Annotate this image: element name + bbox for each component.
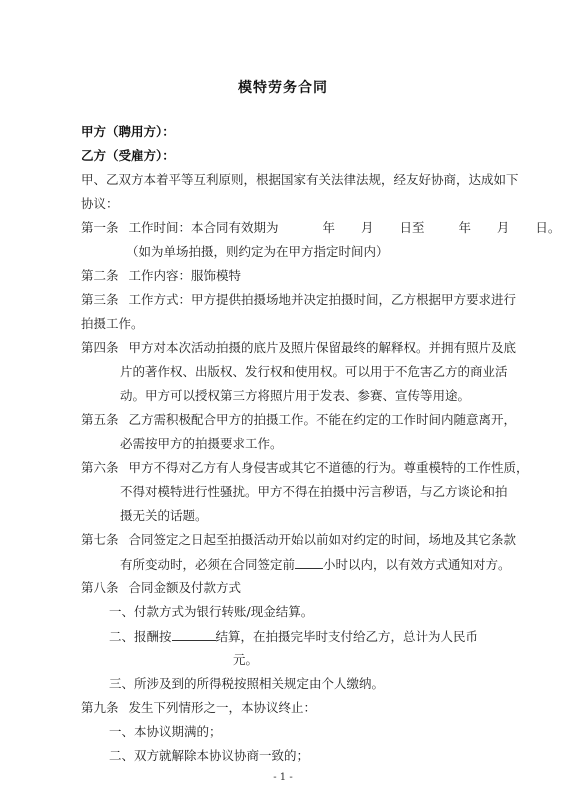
article-7: 第七条 合同签定之日起至拍摄活动开始以前如对约定的时间，场地及其它条款 [81, 532, 516, 548]
article-3-line-1: 工作方式：甲方提供拍摄场地并决定拍摄时间，乙方根据甲方要求进行 [129, 292, 517, 307]
article-4: 第四条 甲方对本次活动拍摄的底片及照片保留最终的解释权。并拥有照片及底 [81, 340, 516, 356]
article-9-item-1: 一、本协议期满的； [109, 724, 222, 740]
article-8-item-1: 一、付款方式为银行转账/现金结算。 [109, 604, 313, 620]
document-title: 模特劳务合同 [0, 77, 566, 97]
article-7-line-2-pre: 有所变动时，必须在合同签定前 [120, 557, 295, 572]
article-5-label: 第五条 [81, 412, 119, 427]
article-7-label: 第七条 [81, 532, 119, 547]
party-a-label: 甲方（聘用方）： [81, 124, 175, 140]
article-6-line-2: 不得对模特进行性骚扰。甲方不得在拍摄中污言秽语，与乙方谈论和拍 [120, 484, 508, 500]
preamble-line-2: 协议： [81, 196, 119, 212]
article-5-line-1: 乙方需积极配合甲方的拍摄工作。不能在约定的工作时间内随意离开， [129, 412, 517, 427]
article-6-line-3: 摄无关的话题。 [120, 508, 208, 524]
end-month: 月 [497, 220, 510, 235]
article-2: 第二条 工作内容：服饰模特 [81, 268, 241, 284]
article-9-item-2: 二、双方就解除本协议协商一致的； [109, 748, 309, 764]
article-8-item-2-pre: 二、报酬按 [109, 629, 172, 644]
article-4-line-3: 动。甲方可以授权第三方将照片用于发表、参赛、宣传等用途。 [120, 388, 470, 404]
article-3-line-2: 拍摄工作。 [81, 316, 144, 332]
preamble-line-1: 甲、乙双方本着平等互利原则，根据国家有关法律法规，经友好协商，达成如下 [81, 172, 519, 188]
article-6: 第六条 甲方不得对乙方有人身侵害或其它不道德的行为。尊重模特的工作性质， [81, 460, 529, 476]
article-2-label: 第二条 [81, 268, 119, 283]
article-3-label: 第三条 [81, 292, 119, 307]
start-year: 年 [322, 220, 335, 235]
article-3: 第三条 工作方式：甲方提供拍摄场地并决定拍摄时间，乙方根据甲方要求进行 [81, 292, 516, 308]
start-day: 日至 [399, 220, 424, 235]
end-year: 年 [458, 220, 471, 235]
article-4-line-2: 片的著作权、出版权、发行权和使用权。可以用于不危害乙方的商业活 [120, 364, 508, 380]
article-8-item-3: 三、所涉及到的所得税按照相关规定由个人缴纳。 [109, 676, 384, 692]
article-7-line-2: 有所变动时，必须在合同签定前小时以内，以有效方式通知对方。 [120, 556, 511, 573]
article-4-line-1: 甲方对本次活动拍摄的底片及照片保留最终的解释权。并拥有照片及底 [129, 340, 517, 355]
article-1-note: （如为单场拍摄，则约定为在甲方指定时间内） [126, 244, 389, 260]
document-page: 模特劳务合同 甲方（聘用方）： 乙方（受雇方）： 甲、乙双方本着平等互利原则，根… [0, 0, 566, 800]
article-8-text: 合同金额及付款方式 [129, 580, 242, 595]
article-8-item-2-post: 结算，在拍摄完毕时支付给乙方，总计为人民币 [216, 629, 479, 644]
article-8-label: 第八条 [81, 580, 119, 595]
article-8-item-2: 二、报酬按结算，在拍摄完毕时支付给乙方，总计为人民币 [109, 628, 478, 645]
settlement-blank [172, 628, 216, 641]
article-6-label: 第六条 [81, 460, 119, 475]
article-1-label: 第一条 [81, 220, 119, 235]
article-6-line-1: 甲方不得对乙方有人身侵害或其它不道德的行为。尊重模特的工作性质， [129, 460, 529, 475]
article-8: 第八条 合同金额及付款方式 [81, 580, 241, 596]
start-month: 月 [361, 220, 374, 235]
article-4-label: 第四条 [81, 340, 119, 355]
article-9-label: 第九条 [81, 700, 119, 715]
article-5-line-2: 必需按甲方的拍摄要求工作。 [120, 436, 283, 452]
article-7-line-1: 合同签定之日起至拍摄活动开始以前如对约定的时间，场地及其它条款 [129, 532, 517, 547]
article-5: 第五条 乙方需积极配合甲方的拍摄工作。不能在约定的工作时间内随意离开， [81, 412, 516, 428]
article-7-line-2-post: 小时以内，以有效方式通知对方。 [323, 557, 511, 572]
article-1-text: 工作时间：本合同有效期为 [129, 220, 279, 235]
end-day: 日。 [535, 220, 560, 235]
article-2-text: 工作内容：服饰模特 [129, 268, 242, 283]
article-1: 第一条 工作时间：本合同有效期为 年 月 日至 年 月 日。 [81, 220, 560, 236]
article-9: 第九条 发生下列情形之一，本协议终止： [81, 700, 316, 716]
article-9-text: 发生下列情形之一，本协议终止： [129, 700, 317, 715]
article-8-item-2-cont: 元。 [233, 652, 258, 668]
hours-blank [295, 556, 323, 569]
page-number: - 1 - [0, 772, 566, 783]
party-b-label: 乙方（受雇方）： [81, 148, 175, 164]
